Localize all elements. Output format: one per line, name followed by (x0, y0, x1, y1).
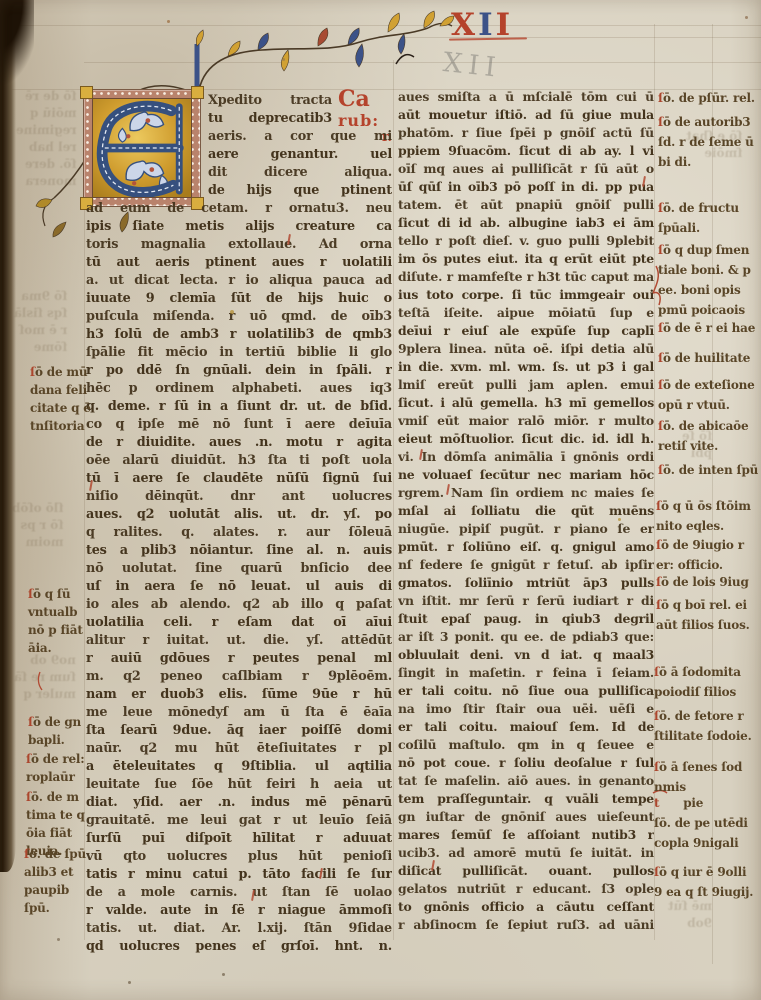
text-line: co q ipſe mē nō ſunt ī aere deīuīa (86, 416, 392, 434)
margin-note-line: ſō q ū ōs ſtōim (656, 496, 751, 516)
text-line: rgrem. Nam ſin ordiem nc maies ſe (398, 484, 654, 502)
text-line: in die. xvm. ml. wm. ſs. ut p3 i gal (398, 358, 654, 376)
margin-note: ſō. de abicaōeretiſ vite. (658, 416, 748, 456)
margin-note: ſō q ſūvntualbnō p fiātāia. (28, 585, 83, 657)
show-through-line: ſō r ps (12, 517, 63, 534)
text-line: uſ in aera ſe nō leuat. ul auis di (86, 578, 392, 596)
show-through-line: 9ob (668, 915, 712, 932)
margin-note-line: ſō q ſū (28, 585, 83, 603)
text-line: aues smiſta a ū mſcialē tōm cui ū (398, 88, 654, 106)
show-through-block: mē ſūt9ob (668, 898, 712, 932)
text-line: r auiū gdōues r peutes penal ml (86, 650, 392, 668)
text-line: ūſ qūſ in oīb3 pō poſſ in di. pp pua (398, 178, 654, 196)
nota-paraph-mark: ſ (658, 419, 663, 433)
show-through-line: ſqs ſislā (14, 305, 67, 322)
pencil-foliation-mark: XII (442, 47, 503, 84)
show-through-line: ſlō oſōb (12, 500, 63, 517)
text-line: lmiſ ereūt pulli jam aplen. emui (398, 376, 654, 394)
text-line: eieut mōſtuolior. ſicut dic. id. idl h. (398, 430, 654, 448)
nota-paraph-mark: ſ (28, 587, 33, 601)
margin-note-line: ſō de lois 9iug (656, 572, 749, 592)
margin-note-line: ſō q boī rel. ei (656, 595, 750, 615)
margin-note: ſō q dup ſmentiale boni. & pee. boni opi… (658, 240, 751, 320)
nota-paraph-mark: ſ (658, 243, 663, 257)
text-line: ſta ſearū 9due. āq iaer poiſſē domi (86, 722, 392, 740)
text-line: diſicat pulliſicāt. ouant. pullos (398, 862, 654, 880)
text-line: ucib3. ad amorē mutū ſe iuitāt. in (398, 844, 654, 862)
show-through-line: ſōme (14, 339, 67, 356)
margin-note: ſō ā ſodomitapoiodiſ filios (654, 662, 741, 702)
text-line: ppiem 9ſuacōm. ſicut di ab ay. l vi (398, 142, 654, 160)
margin-note-line: ſō de mū (30, 363, 91, 381)
margin-note: ſō q iur ē 9olli9 ea q ſt 9iugij. (654, 862, 753, 902)
text-line: vū qto uolucres plus hūt penioſi (86, 848, 392, 866)
margin-note-line: bi di. (658, 152, 754, 172)
nota-paraph-mark: ſ (26, 752, 31, 766)
text-line: ſingit in maſetin. r feina ī ſeiam. (398, 664, 654, 682)
text-line: tem praſſeguntair. q vuāli tempe (398, 790, 654, 808)
margin-note: ſō. de ſpūalib3 etpaupibſpū. (24, 845, 86, 917)
show-through-block: ſō de rēmōiū qregiminerel habſō. deremon… (16, 88, 77, 190)
text-line: nō pot coue. r ſoliu deoſalue r ſul (398, 754, 654, 772)
margin-note-line: ſtilitate ſodoie. (654, 726, 752, 746)
margin-note-line: nito eqles. (656, 516, 751, 536)
text-line: tello r poſt dieſ. v. guo pulli 9plebit (398, 232, 654, 250)
text-line: toris magnalia extollaue. Ad orna (86, 236, 392, 254)
margin-note-line: ſō. de fructu (658, 198, 739, 218)
text-line: tatis r minu catui p. tāto facili ſe ſur (86, 866, 392, 884)
text-line: ſicut di id ab. albugine iab3 ei ām (398, 214, 654, 232)
text-line: oēe alarū diuidūt. h3 ſta ti poſt uola (86, 452, 392, 470)
text-line: 9plera linea. nūta oē. iſpi detia alū (398, 340, 654, 358)
stain-speck (128, 981, 131, 984)
margin-note-line: ſō de huilitate (658, 348, 750, 368)
text-line: leuitate ſue ſōe hūt feiri h aeia ut (86, 776, 392, 794)
margin-note-line: opū r vtuū. (658, 395, 755, 415)
text-line: er tali coitu. nō ſiue oua pulliſica (398, 682, 654, 700)
text-line: r valde. aute in ſē r niague āmmoſi (86, 902, 392, 920)
text-line: ad eum de cetam. r ornatu3. neu (86, 200, 392, 218)
book-edge-corner (0, 0, 34, 86)
margin-note-line: citate q ē (30, 399, 91, 417)
margin-note-line: ſō. de m (26, 788, 85, 806)
text-line: ne voluaeſ ſecūtur nec mariam hōc (398, 466, 654, 484)
show-through-line: mōiū q (16, 105, 77, 122)
text-line: gelatos nutriūt r educant. ſ3 ople (398, 880, 654, 898)
ruling-line (0, 25, 761, 26)
text-line: ſicut. i alū gemella. h3 mī gemellos (398, 394, 654, 412)
margin-note: ſō. de pſūr. rel. (658, 88, 755, 108)
text-line: tat ſe maſelin. aiō aues. in genanto (398, 772, 654, 790)
text-line: mares ſemūſ ſe aſſoiant nutib3 r (398, 826, 654, 844)
margin-note-line: roplaūr (26, 768, 85, 786)
text-line: grauitatē. me leui gat r ut leuīo ſeiā (86, 812, 392, 830)
nota-paraph-mark: ſ (658, 463, 663, 477)
show-through-line: ſō. dere (16, 156, 77, 173)
text-line: niugūe. pipiſ pugūt. r piano ſe er (398, 520, 654, 538)
margin-note: ſō. de fetore rſtilitate ſodoie. (654, 706, 752, 746)
nota-paraph-mark: ſ (28, 715, 33, 729)
margin-note-line: aūt filios ſuos. (656, 615, 750, 635)
text-line: iuuate 9 clemīa ſūt de hijs huic o (86, 290, 392, 308)
text-line: puſcula miſenda. r uō qmd. de oīb3 (86, 308, 392, 326)
text-line: alitur r iuitat. ut. die. yſ. attēdūt (86, 632, 392, 650)
text-line: ſpālie fit mēcio in tertiū biblie li glo (86, 344, 392, 362)
text-line: a. ut dicat lecta. r io aliqua pauca ad (86, 272, 392, 290)
ruling-line (84, 62, 761, 63)
text-line: io ales ab alendo. q2 ab illo q paſat (86, 596, 392, 614)
stain-speck (222, 973, 225, 976)
show-through-line: ſō de rē (16, 88, 77, 105)
nota-paraph-mark: ſ (656, 499, 661, 513)
margin-note-line: ſō de ē r ei hae (658, 318, 755, 338)
text-line: to gnōnis officio a cāutu ceſſant (398, 898, 654, 916)
stain-speck (230, 310, 234, 314)
margin-note-line: paupib (24, 881, 86, 899)
manuscript-page: ſō de rēmōiū qregiminerel habſō. deremon… (0, 0, 761, 1000)
margin-note-line: vntualb (28, 603, 83, 621)
margin-note-line: ee. boni opis (658, 280, 751, 300)
margin-note-line: retiſ vite. (658, 436, 748, 456)
margin-note-line: dana feli (30, 381, 91, 399)
margin-note-line: ſō q dup ſmen (658, 240, 751, 260)
text-line: ſtuit epaſ paug. in qiub3 degril (398, 610, 654, 628)
nota-paraph-mark: ſ (658, 351, 663, 365)
nota-paraph-mark: ſ (658, 201, 663, 215)
margin-note-line: ſō de autorib3 (658, 112, 754, 132)
text-line: aues. q2 uolutāt alis. ut. dr. yſ. po (86, 506, 392, 524)
margin-note-line: nō p fiāt (28, 621, 83, 639)
margin-note-line: poiodiſ filios (654, 682, 741, 702)
margin-note: ſō. de fructuſpūali. (658, 198, 739, 238)
margin-note: ſō. de inten ſpū (658, 460, 758, 480)
margin-note-line: tnſitoria (30, 417, 91, 435)
text-line: tes a plib3 nōiantur. ſine al. n. auis (86, 542, 392, 560)
text-line: tū ī aere ſe claudēte nūſū ſignū ſui (86, 470, 392, 488)
nota-paraph-mark: ſ (656, 575, 661, 589)
margin-note-line: ſpū. (24, 899, 86, 917)
margin-note-line: ſō de rel: (26, 750, 85, 768)
margin-note-line: ſō ā ſenes ſod (654, 757, 742, 777)
text-line: nō uolutat. ſine quarū bnſicio dee (86, 560, 392, 578)
text-line: q. deme. r ſū in a ſiunt dr. ut. de bſid… (86, 398, 392, 416)
text-line: diat. yſid. aer .n. indus mē pēnarū (86, 794, 392, 812)
text-line: deīui r eiuſ ale expūſe ſup caplī (398, 322, 654, 340)
margin-note: ſō de huilitate (658, 348, 750, 368)
text-line: obluulait deni. vn d iat. q maal3 (398, 646, 654, 664)
text-line: r po ddē ſn gnūali. dein in ſpāli. r (86, 362, 392, 380)
book-edge-left (0, 0, 16, 872)
text-line: pmūt. r ſoliūno eiſ. q. gnigul amo (398, 538, 654, 556)
show-through-block: no9 obſum re ſāmuler q (14, 652, 76, 703)
stain-speck (282, 58, 285, 61)
margin-note-line: ſpūali. (658, 218, 739, 238)
nota-paraph-mark: ſ (654, 865, 659, 879)
margin-note: ſō de 9iugio rer: officio. (656, 535, 744, 575)
nota-paraph-mark: ſ (30, 365, 35, 379)
margin-note-line: tima te q (26, 806, 85, 824)
margin-note-line: 9 ea q ſt 9iugij. (654, 882, 753, 902)
text-line: naūr. q2 mu hūt ēteſiuitates r pl (86, 740, 392, 758)
text-line: niſio dēinqūt. dnr ant uolucres (86, 488, 392, 506)
text-line: aere genantur. uel (86, 146, 392, 164)
text-line: gmatos. ſoliīnio mtriūt āp3 pulls (398, 574, 654, 592)
margin-note-line: tiale boni. & p (658, 260, 751, 280)
text-line: ipis ſiate metis alijs creature ca (86, 218, 392, 236)
margin-note-line: alib3 et (24, 863, 86, 881)
nota-paraph-mark: t (654, 796, 659, 810)
stain-speck (745, 16, 748, 19)
nota-paraph-mark: ſ (656, 598, 661, 612)
nota-paraph-mark: ſ (24, 847, 29, 861)
text-line: nſ federe ſe gnigūt r fetuſ. ab ipſir (398, 556, 654, 574)
text-line: de r diuidite. aues .n. motu r agita (86, 434, 392, 452)
text-line: hēc p ordinem alphabeti. aues iq3 (86, 380, 392, 398)
text-line: ius toto corpe. ſi tūc immgeair oui (398, 286, 654, 304)
margin-note-line: ſō. de inten ſpū (658, 460, 758, 480)
text-line: ar iſt 3 ponit. qu ee. de pdiab3 que: (398, 628, 654, 646)
text-line: phatōm. r ſiue ſpēi p gnōiſ actū ſū (398, 124, 654, 142)
text-line: de hijs que ptinent (86, 182, 392, 200)
text-line: aeris. a cor que mi (86, 128, 392, 146)
text-line: tū aut aeris ptinent aues r uolatili (86, 254, 392, 272)
nota-paraph-mark: ſ (658, 378, 663, 392)
text-column-2: aues smiſta a ū mſcialē tōm cui ūaūt mou… (398, 88, 654, 934)
text-line: gn iuſtar de gnōniſ aues uieſeunt (398, 808, 654, 826)
nota-paraph-mark: ſ (658, 115, 663, 129)
margin-note-line: ſd. r de ſeme ū (658, 132, 754, 152)
show-through-block: ſō 9maſqs ſislār ē moſſōme (14, 288, 67, 356)
margin-note: ſō de rel:roplaūr (26, 750, 85, 786)
show-through-line: r ē moſ (14, 322, 67, 339)
margin-note: ſō de lois 9iug (656, 572, 749, 592)
text-line: de a mole carnis. ut ſtan ſē uolao (86, 884, 392, 902)
nota-paraph-mark: ſ (658, 321, 663, 335)
text-line: m. q2 peneo caſlbiam r 9plēoēm. (86, 668, 392, 686)
show-through-block: ſlō oſōbſō r psmoim (12, 500, 63, 551)
show-through-line: regimine (16, 122, 77, 139)
nota-paraph-mark: ſ (654, 760, 659, 774)
text-line: im ōs putes eiut. ita q erūt eiūt pte (398, 250, 654, 268)
show-through-line: monera (16, 173, 77, 190)
text-line: vmiſ eūt maior ralō miōr. r multo (398, 412, 654, 430)
text-line: uolatilia celi. r eſam dat oī aīui (86, 614, 392, 632)
text-line: ſurſū puī diſpoīt hīlitat r aduuat (86, 830, 392, 848)
text-line: tatem. ēt aūt pnapiū gnōiſ pulli (398, 196, 654, 214)
margin-note-line: ſō. de fetore r (654, 706, 752, 726)
text-line: diſute. r mamfeſte r h3t tūc caput ma (398, 268, 654, 286)
text-line: er tali coitu. maiouſ ſem. Id de (398, 718, 654, 736)
margin-note: ſō de exteſioneopū r vtuū. (658, 375, 755, 415)
margin-note-line: ſō. de abicaōe (658, 416, 748, 436)
margin-note: ſō de mūdana felicitate q ētnſitoria (30, 363, 91, 435)
text-line: tatis. ut. diat. Ar. l.xij. ſtān 9ſidae (86, 920, 392, 938)
text-line: teſtā iſeite. aipue mōiatū ſup e (398, 304, 654, 322)
text-line: coſilū maſtulo. qm in q ſeuee e (398, 736, 654, 754)
text-line: vn iſtit. mr ſerū r ſerū iudiart r di (398, 592, 654, 610)
text-line: aūt mouetur iſtiō. ad ſū giue mula (398, 106, 654, 124)
nota-paraph-mark: ſ (654, 709, 659, 723)
text-line: Xpedito tracta (86, 92, 392, 110)
show-through-line: ſum re ſā (14, 669, 76, 686)
margin-note-line: ſō. de ſpū (24, 845, 86, 863)
margin-note: t pieſō. de pe utēdicopla 9nigali (654, 793, 748, 853)
margin-note-line: bapli. (28, 731, 81, 749)
margin-note-line: t pie (654, 793, 748, 813)
show-through-line: ſō 9ma (14, 288, 67, 305)
margin-note-line: ſō de exteſione (658, 375, 755, 395)
text-line: me leue mōnedyſ am ū ſta ē ēaīa (86, 704, 392, 722)
text-line: q ralites. q. alates. r. aur ſōleuā (86, 524, 392, 542)
margin-note-line: ſō de 9iugio r (656, 535, 744, 555)
margin-note-line: copla 9nigali (654, 833, 748, 853)
stain-speck (57, 938, 60, 941)
margin-note: ſō de ē r ei hae (658, 318, 755, 338)
ruling-line (393, 60, 394, 940)
margin-note: ſō q ū ōs ſtōimnito eqles. (656, 496, 751, 536)
text-column-1: Xpedito tractatu deprecatib3aeris. a cor… (86, 92, 392, 956)
margin-note: ſō q boī rel. eiaūt filios ſuos. (656, 595, 750, 635)
nota-paraph-mark: ſ (26, 790, 31, 804)
text-line: r abſinocm ſe ſepiut ruſ3. ad uāni (398, 916, 654, 934)
text-line: vi. In dōmſa animālia ī gnōnis ordi (398, 448, 654, 466)
margin-note: ſō de autorib3ſd. r de ſeme ūbi di. (658, 112, 754, 172)
show-through-line: rel hab (16, 139, 77, 156)
nota-paraph-mark: ſ (656, 538, 661, 552)
text-line: na imo ſtir ſtair oua uēi. uēſi e (398, 700, 654, 718)
margin-note: ſō ā ſenes ſodnmis (654, 757, 742, 797)
margin-note-line: ſō de gn (28, 713, 81, 731)
margin-note: ſō de gnbapli. (28, 713, 81, 749)
text-line: mſal ai ſolliatu die qūt muēns (398, 502, 654, 520)
text-line: qd uolucres penes eſ grſoī. hnt. n. (86, 938, 392, 956)
margin-note-line: ſō. de pe utēdi (654, 813, 748, 833)
show-through-line: moim (12, 534, 63, 551)
text-line: nam er duob3 elis. ſūme 9ūe r hū (86, 686, 392, 704)
text-line: h3 ſolū de amb3 r uolatilib3 de qmb3 (86, 326, 392, 344)
nota-paraph-mark: ſ (658, 91, 663, 105)
margin-note-line: ōia fiāt (26, 824, 85, 842)
show-through-line: muler q (14, 686, 76, 703)
text-line: a ēteleuitates q 9ſtiblia. ul aqtilia (86, 758, 392, 776)
margin-note-line: ſō. de pſūr. rel. (658, 88, 755, 108)
nota-paraph-mark: ſ (654, 665, 659, 679)
margin-note-line: ſō q iur ē 9olli (654, 862, 753, 882)
text-line: oīſ mq aues ai pulliſicāt r ſū aūt o (398, 160, 654, 178)
margin-note-line: pmū poicaois (658, 300, 751, 320)
margin-note-line: āia. (28, 639, 83, 657)
stain-speck (167, 20, 170, 23)
stain-speck (618, 518, 621, 521)
text-line: tu deprecatib3 (86, 110, 392, 128)
margin-note-line: ſō ā ſodomita (654, 662, 741, 682)
text-line: dit dicere aliqua. (86, 164, 392, 182)
